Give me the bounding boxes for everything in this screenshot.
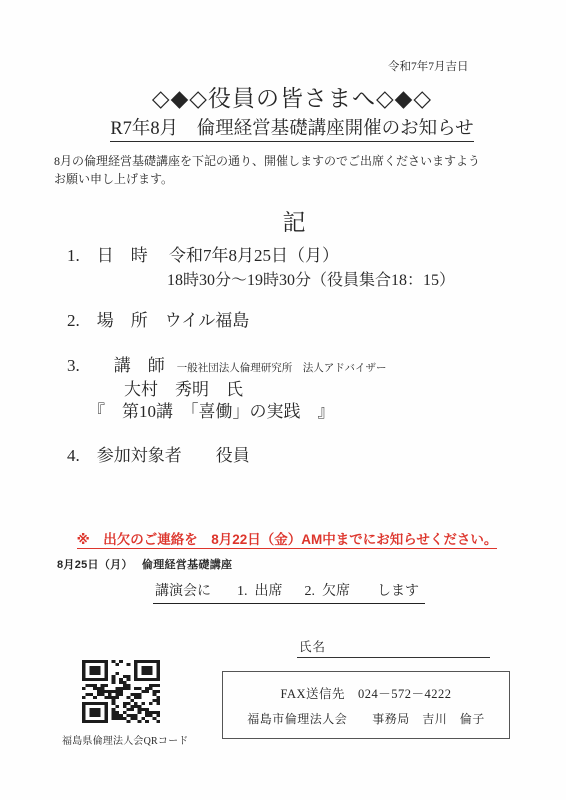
intro-line-1: 8月の倫理経営基礎講座を下記の通り、開催しますのでご出席くださいますよう bbox=[54, 153, 524, 171]
page-subtitle-text: R7年8月 倫理経営基礎講座開催のお知らせ bbox=[110, 119, 473, 142]
deadline-note: ※ 出欠のご連絡を 8月22日（金）AM中までにお知らせください。 bbox=[0, 528, 566, 548]
issue-date: 令和7年7月吉日 bbox=[388, 58, 469, 74]
fax-box: FAX送信先 024－572－4222 福島市倫理法人会 事務局 吉川 倫子 bbox=[222, 671, 510, 739]
attendance-option-2-num: 2. bbox=[305, 584, 316, 599]
lecture-title: 『 第10講 「喜働」の実践 』 bbox=[88, 397, 335, 422]
record-mark: 記 bbox=[0, 204, 566, 237]
item-attendees: 4. 参加対象者 役員 bbox=[67, 441, 250, 466]
qr-label: 福島県倫理法人会QRコード bbox=[62, 732, 189, 747]
item-lecturer: 3. 講 師一般社団法人倫理研究所 法人アドバイザー bbox=[67, 351, 387, 376]
intro-line-2: お願い申し上げます。 bbox=[54, 171, 524, 189]
item-place: 2. 場 所 ウイル福島 bbox=[67, 306, 249, 331]
intro-paragraph: 8月の倫理経営基礎講座を下記の通り、開催しますのでご出席くださいますよう お願い… bbox=[54, 153, 524, 188]
lecturer-affiliation: 一般社団法人倫理研究所 法人アドバイザー bbox=[177, 363, 387, 374]
page-subtitle: R7年8月 倫理経営基礎講座開催のお知らせ bbox=[0, 114, 566, 140]
name-label: 氏名 bbox=[299, 637, 326, 655]
fax-office-line: 福島市倫理法人会 事務局 吉川 倫子 bbox=[223, 710, 509, 727]
event-label: 8月25日（月） 倫理経営基礎講座 bbox=[57, 556, 232, 572]
fax-number-line: FAX送信先 024－572－4222 bbox=[223, 684, 509, 702]
qr-code bbox=[82, 660, 160, 723]
attendance-option-1: 出席 bbox=[255, 584, 283, 599]
page-title: ◇◆◇役員の皆さまへ◇◆◇ bbox=[0, 80, 566, 113]
attendance-option-1-num: 1. bbox=[237, 584, 248, 599]
item-datetime: 1. 日 時 令和7年8月25日（月） bbox=[67, 241, 339, 266]
item-lecturer-head: 3. 講 師 bbox=[67, 356, 165, 375]
name-underline bbox=[297, 657, 490, 658]
attendance-reply-text: 講演会に1.出席2.欠席します bbox=[153, 580, 425, 604]
attendance-option-2: 欠席 bbox=[322, 584, 350, 599]
item-datetime-time: 18時30分～19時30分（役員集合18：15） bbox=[167, 267, 455, 290]
document-page: 令和7年7月吉日 ◇◆◇役員の皆さまへ◇◆◇ R7年8月 倫理経営基礎講座開催の… bbox=[0, 0, 566, 800]
attendance-prefix: 講演会に bbox=[155, 584, 211, 599]
attendance-suffix: します bbox=[377, 584, 419, 599]
attendance-reply-line: 講演会に1.出席2.欠席します bbox=[153, 580, 425, 604]
qr-code-image bbox=[82, 660, 160, 723]
deadline-note-text: ※ 出欠のご連絡を 8月22日（金）AM中までにお知らせください。 bbox=[77, 532, 498, 549]
